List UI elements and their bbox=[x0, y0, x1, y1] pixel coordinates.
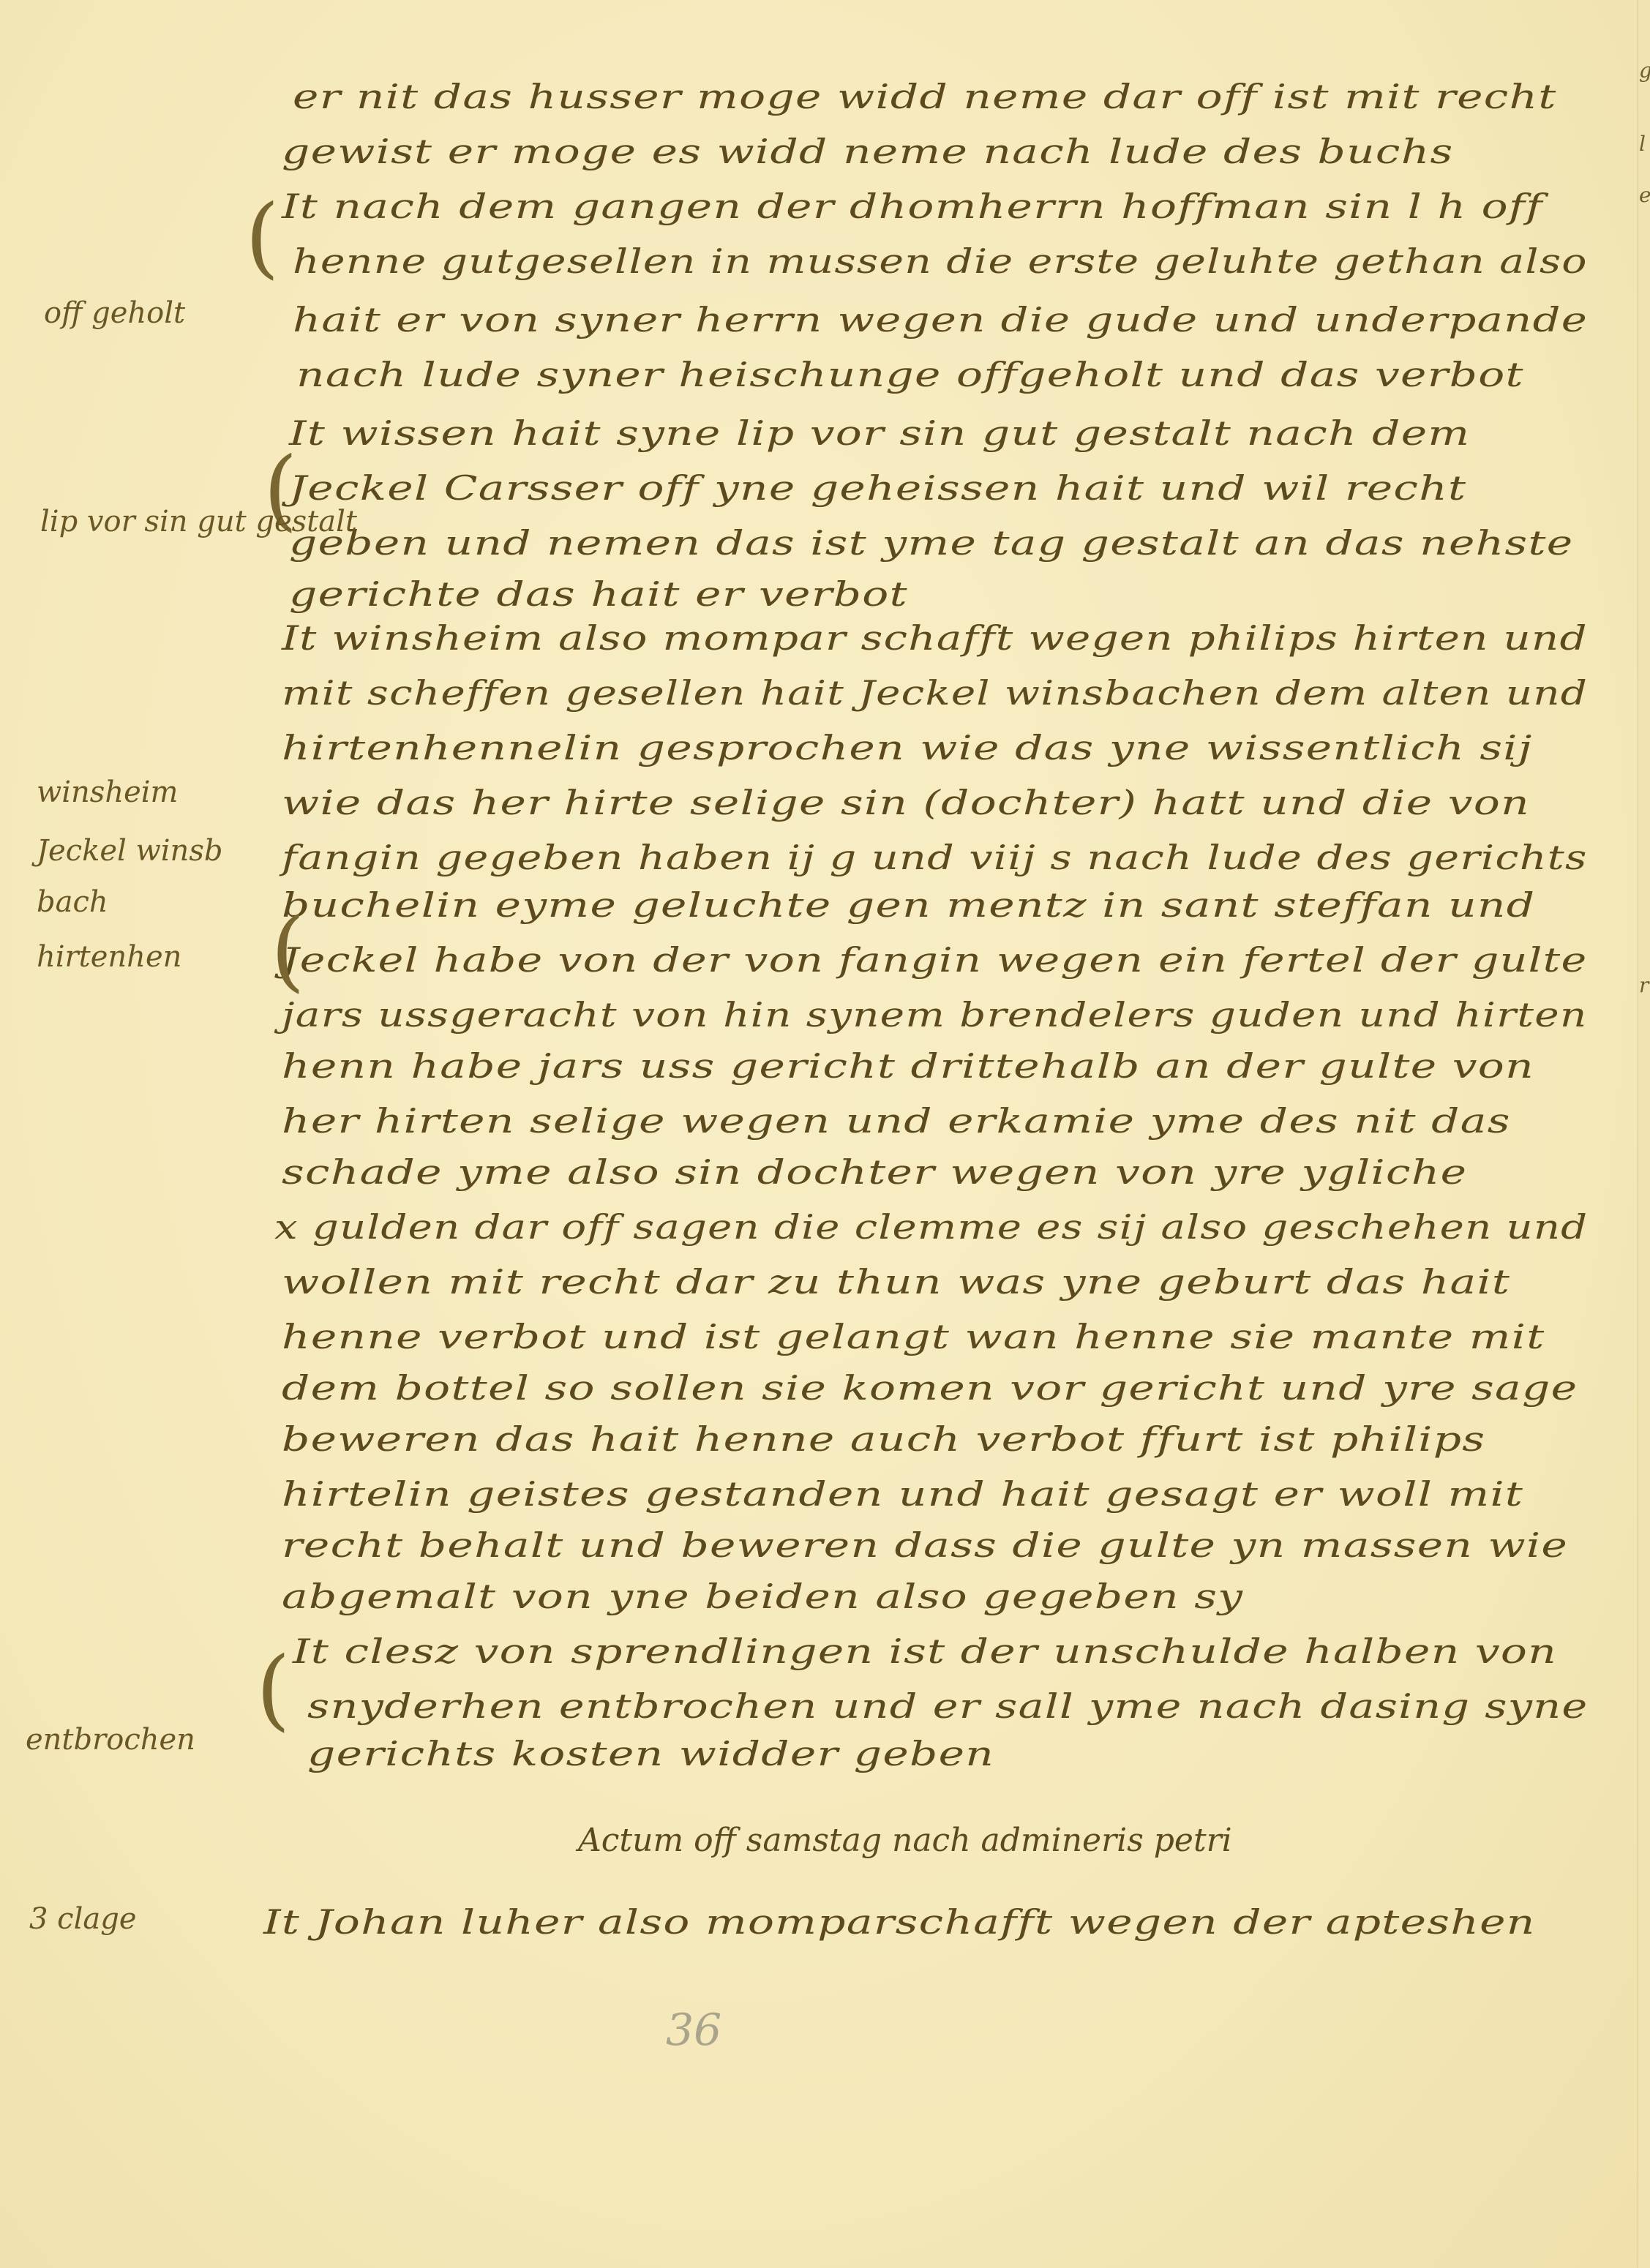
text-line: her hirten selige wegen und erkamie yme … bbox=[282, 1101, 1511, 1141]
text-line: hirtenhennelin gesprochen wie das yne wi… bbox=[282, 728, 1533, 767]
text-line: abgemalt von yne beiden also gegeben sy bbox=[282, 1577, 1243, 1616]
text-line: x gulden dar off sagen die clemme es sij… bbox=[274, 1207, 1588, 1247]
folio-number: 36 bbox=[666, 2005, 721, 2056]
dated-line: Actum off samstag nach admineris petri bbox=[578, 1822, 1232, 1859]
text-line: Jeckel habe von der von fangin wegen ein… bbox=[282, 940, 1587, 980]
margin-note: entbrochen bbox=[26, 1723, 195, 1757]
text-line: snyderhen entbrochen und er sall yme nac… bbox=[307, 1686, 1588, 1726]
margin-note: 3 clage bbox=[29, 1902, 136, 1936]
text-line: It nach dem gangen der dhomherrn hoffman… bbox=[282, 187, 1543, 226]
text-line: buchelin eyme geluchte gen mentz in sant… bbox=[282, 885, 1535, 925]
binding-gutter bbox=[1638, 0, 1650, 2268]
text-line: It clesz von sprendlingen ist der unschu… bbox=[293, 1631, 1557, 1671]
manuscript-page: g l e r er nit das husser moge widd neme… bbox=[0, 0, 1650, 2268]
text-line: gerichte das hait er verbot bbox=[289, 574, 908, 614]
text-line: gewist er moge es widd neme nach lude de… bbox=[282, 132, 1454, 171]
gutter-fragment: l bbox=[1639, 132, 1646, 156]
text-line: fangin gegeben haben ij g und viij s nac… bbox=[282, 838, 1588, 877]
text-line: henne gutgesellen in mussen die erste ge… bbox=[293, 241, 1588, 281]
text-line: henne verbot und ist gelangt wan henne s… bbox=[282, 1317, 1545, 1356]
text-line: hirtelin geistes gestanden und hait gesa… bbox=[282, 1474, 1523, 1514]
text-line: hait er von syner herrn wegen die gude u… bbox=[293, 300, 1588, 339]
text-line: henn habe jars uss gericht drittehalb an… bbox=[282, 1046, 1534, 1086]
gutter-fragment: r bbox=[1639, 973, 1649, 997]
text-line: beweren das hait henne auch verbot ffurt… bbox=[282, 1419, 1485, 1459]
margin-bracket: ( bbox=[271, 900, 305, 1002]
margin-note: hirtenhen bbox=[37, 940, 181, 974]
text-line-last: It Johan luher also momparschafft wegen … bbox=[263, 1902, 1536, 1942]
margin-note: winsheim bbox=[37, 776, 178, 809]
margin-note: Jeckel winsb bbox=[37, 834, 222, 868]
text-line: It wissen hait syne lip vor sin gut gest… bbox=[289, 413, 1470, 453]
text-line: jars ussgeracht von hin synem brendelers… bbox=[282, 995, 1588, 1035]
text-line: wollen mit recht dar zu thun was yne geb… bbox=[282, 1262, 1510, 1302]
margin-bracket: ( bbox=[245, 187, 280, 288]
margin-bracket: ( bbox=[256, 1639, 290, 1741]
text-line: wie das her hirte selige sin (dochter) h… bbox=[282, 783, 1530, 822]
text-line: dem bottel so sollen sie komen vor geric… bbox=[282, 1368, 1578, 1408]
margin-note: bach bbox=[37, 885, 108, 919]
text-line: recht behalt und beweren dass die gulte … bbox=[282, 1525, 1568, 1565]
text-line: It winsheim also mompar schafft wegen ph… bbox=[282, 618, 1588, 658]
text-line: gerichts kosten widder geben bbox=[307, 1734, 994, 1773]
text-line: Jeckel Carsser off yne geheissen hait un… bbox=[289, 468, 1466, 508]
gutter-fragment: g bbox=[1639, 59, 1650, 83]
text-line: geben und nemen das ist yme tag gestalt … bbox=[289, 523, 1573, 563]
text-line: schade yme also sin dochter wegen von yr… bbox=[282, 1152, 1467, 1192]
text-line: mit scheffen gesellen hait Jeckel winsba… bbox=[282, 673, 1588, 713]
text-line: nach lude syner heischunge offgeholt und… bbox=[296, 355, 1524, 394]
text-line: er nit das husser moge widd neme dar off… bbox=[293, 77, 1557, 116]
gutter-fragment: e bbox=[1639, 183, 1650, 207]
margin-note: lip vor sin gut gestalt bbox=[40, 505, 357, 538]
margin-note: off geholt bbox=[44, 296, 185, 330]
